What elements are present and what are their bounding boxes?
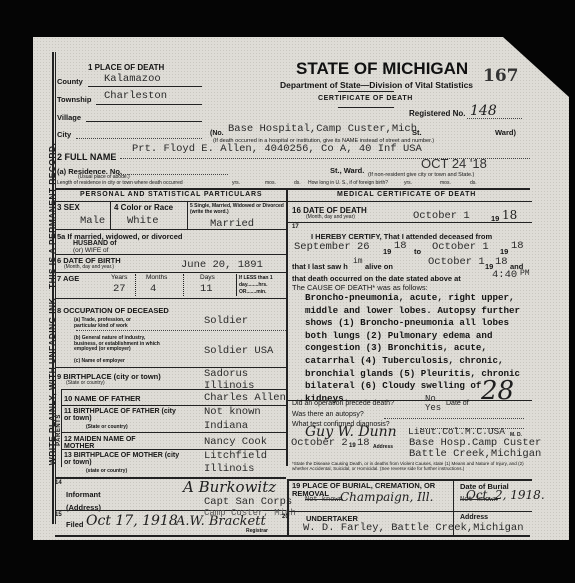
signed-year-prefix: 19 xyxy=(349,443,356,449)
mos-label: mos. xyxy=(265,180,276,186)
mother-birthplace-state: Illinois xyxy=(204,463,254,475)
divider xyxy=(338,107,394,108)
autopsy-value: Yes xyxy=(425,403,441,413)
sex-label: 3 SEX xyxy=(57,203,80,212)
field-line xyxy=(96,104,202,105)
field-line xyxy=(86,121,202,122)
bottom-border xyxy=(55,535,530,537)
to-label: to xyxy=(414,247,421,256)
mother-birthplace-sub: (state or country) xyxy=(86,468,127,474)
department-title: Department of State—Division of Vital St… xyxy=(280,80,473,90)
date-of-label: Date of xyxy=(446,400,469,407)
divider xyxy=(55,272,286,273)
field-line xyxy=(118,174,228,175)
foreign-note: How long in U. S., if of foreign birth? xyxy=(308,180,388,186)
state-title: STATE OF MICHIGAN xyxy=(296,59,468,79)
marital-label: 5 Single, Married, Widowed or Divorced (… xyxy=(190,203,284,215)
divider xyxy=(55,298,286,299)
occurred-text: that death occurred on the date stated a… xyxy=(292,274,461,283)
divider xyxy=(135,274,136,296)
mother-birthplace-label: 13 BIRTHPLACE OF MOTHER (city or town) xyxy=(64,452,184,466)
burial-place-struck: Not known xyxy=(305,496,343,504)
informant-address-1: Capt San Corps xyxy=(204,496,292,508)
mother-birthplace-city: Litchfield xyxy=(204,450,267,462)
operation-label: Did an operation precede death? xyxy=(292,400,394,407)
footnote: *State the Disease Causing Death, or in … xyxy=(292,461,527,472)
wife-label: (or) WIFE of xyxy=(73,247,108,254)
occupation-a-value: Soldier xyxy=(204,315,248,327)
street-label: St. xyxy=(412,128,422,137)
city-label: City xyxy=(57,130,71,139)
to-year-prefix: 19 xyxy=(500,247,508,256)
column-divider xyxy=(287,479,289,536)
undertaker-address-label: Address xyxy=(460,514,488,521)
father-birthplace-state: Indiana xyxy=(204,420,248,432)
days-label: Days xyxy=(200,274,215,281)
divider xyxy=(110,201,111,229)
birthplace-city: Sadorus xyxy=(204,368,248,380)
ward-label: Ward) xyxy=(495,128,516,137)
from-year-prefix: 19 xyxy=(383,247,391,256)
margin-note: WRITE PLAINLY, WITH UNFADING INK—THIS IS… xyxy=(38,96,52,516)
divider xyxy=(61,389,286,390)
age-label: 7 AGE xyxy=(57,274,79,283)
filed-label: Filed xyxy=(66,520,84,529)
field-line xyxy=(467,118,522,119)
dod-value: October 1 xyxy=(413,210,470,222)
to-year: 18 xyxy=(511,240,524,252)
from-year: 18 xyxy=(394,240,407,252)
occupation-label: 8 OCCUPATION OF DECEASED xyxy=(57,306,169,315)
burial-place: Champaign, Ill. xyxy=(340,490,433,504)
divider xyxy=(55,367,286,368)
registrar-label: Registrar xyxy=(246,528,268,534)
divider xyxy=(288,222,532,223)
county-label: County xyxy=(57,77,83,86)
dod-year: 18 xyxy=(502,208,517,222)
field-line xyxy=(88,86,202,87)
divider xyxy=(187,201,188,229)
father-birthplace-city: Not known xyxy=(204,406,261,418)
undertaker-value: W. D. Farley, Battle Creek,Michigan xyxy=(303,522,524,534)
township-label: Township xyxy=(57,95,91,104)
ds-label: ds. xyxy=(294,180,301,186)
cause-label: The CAUSE OF DEATH* was as follows: xyxy=(292,283,428,292)
death-time: 4:40 xyxy=(492,269,517,281)
medical-heading: MEDICAL CERTIFICATE OF DEATH xyxy=(337,191,476,198)
informant-signature: A Burkowitz xyxy=(183,478,276,496)
nonresident-note: (If non-resident give city or town and S… xyxy=(368,172,474,178)
st-ward-label: St., Ward. xyxy=(330,166,364,175)
burial-date: Oct. 2, 1918. xyxy=(466,488,545,502)
mother-value: Nancy Cook xyxy=(204,436,267,448)
years-label: Years xyxy=(111,274,127,281)
undertaker-num: 20 xyxy=(282,514,289,520)
dob-value: June 20, 1891 xyxy=(181,259,263,271)
divider xyxy=(55,254,286,255)
autopsy-label: Was there an autopsy? xyxy=(292,411,364,418)
divider xyxy=(236,274,237,296)
section-divider xyxy=(55,188,530,190)
certificate-title: CERTIFICATE OF DEATH xyxy=(318,95,413,102)
race-label: 4 Color or Race xyxy=(114,203,173,212)
occupation-b-label: (b) General nature of industry, business… xyxy=(74,336,160,353)
signed-year: 18 xyxy=(357,437,370,449)
physician-title: Lieut.Col.M.C.USA xyxy=(408,426,505,437)
birthplace-state: Illinois xyxy=(204,380,254,392)
husband-label: HUSBAND of xyxy=(73,240,117,247)
months-value: 4 xyxy=(150,283,156,295)
yrs-label-2: yrs. xyxy=(404,180,412,186)
years-value: 27 xyxy=(113,283,126,295)
mother-label: 12 MAIDEN NAME OF MOTHER xyxy=(64,436,154,450)
length-note: Length of residence in city or town wher… xyxy=(57,180,183,186)
divider xyxy=(183,274,184,296)
attended-from: September 26 xyxy=(294,241,370,253)
file-number: 167 xyxy=(483,66,519,86)
father-label: 10 NAME OF FATHER xyxy=(64,394,141,403)
institution-prefix: (No. xyxy=(210,130,224,137)
parents-label: PARENTS xyxy=(56,405,62,455)
divider xyxy=(288,201,532,202)
occupation-a-label: (a) Trade, profession, or particular kin… xyxy=(74,318,142,329)
registered-label: Registered No. xyxy=(409,109,465,118)
village-label: Village xyxy=(57,113,81,122)
occupation-c-label: (c) Name of employer xyxy=(74,358,125,364)
field-line xyxy=(76,138,202,139)
occupation-b-value: Soldier USA xyxy=(204,345,273,357)
last-saw-text: that I last saw h xyxy=(292,262,348,271)
last-saw-year: 18 xyxy=(495,256,508,268)
birthplace-sub: (State or country) xyxy=(66,380,105,386)
field-line xyxy=(76,330,286,331)
last-saw-date: October 1 xyxy=(428,256,485,268)
months-label: Months xyxy=(146,274,167,281)
received-stamp: OCT 24 '18 xyxy=(421,156,487,171)
informant-label: Informant xyxy=(66,490,101,499)
mos-label-2: mos. xyxy=(440,180,451,186)
duration-mark: 28 xyxy=(481,376,514,406)
left-border xyxy=(52,52,54,524)
signed-date: October 2 xyxy=(291,437,348,449)
dod-sub: (Month, day and year) xyxy=(306,214,355,220)
divider xyxy=(288,511,532,512)
physician-address-label: Address xyxy=(373,444,393,450)
father-birthplace-sub: (State or country) xyxy=(86,424,128,430)
full-name-label: 2 FULL NAME xyxy=(57,152,116,162)
race-value: White xyxy=(127,215,159,227)
filed-num: 15 xyxy=(55,512,62,518)
dob-sub: (Month, day and year.) xyxy=(64,264,114,270)
full-name-value: Prt. Floyd E. Allen, 4040256, Co A, 40 I… xyxy=(132,143,422,155)
divider xyxy=(55,201,286,202)
column-divider xyxy=(286,188,288,466)
days-value: 11 xyxy=(200,283,213,295)
father-birthplace-label: 11 BIRTHPLACE OF FATHER (city or town) xyxy=(64,408,184,422)
registered-number: 148 xyxy=(470,103,497,119)
filed-date: Oct 17, 1918 xyxy=(86,513,178,529)
death-ampm: PM xyxy=(520,269,530,278)
less-than-label: If LESS than 1 day........hrs. OR.......… xyxy=(239,275,285,296)
county-value: Kalamazoo xyxy=(104,73,161,85)
place-of-death-heading: 1 PLACE OF DEATH xyxy=(88,63,164,72)
alive-on: alive on xyxy=(365,262,393,271)
field-line xyxy=(384,418,524,419)
ds-label-2: ds. xyxy=(470,180,477,186)
physician-address-2: Battle Creek,Michigan xyxy=(409,448,541,460)
certify-num: 17 xyxy=(292,224,299,230)
personal-heading: PERSONAL AND STATISTICAL PARTICULARS xyxy=(80,191,262,198)
attended-to: October 1 xyxy=(432,241,489,253)
sex-value: Male xyxy=(80,215,105,227)
informant-num: 14 xyxy=(55,480,62,486)
divider xyxy=(55,229,286,230)
township-value: Charleston xyxy=(104,90,167,102)
last-saw-him: im xyxy=(353,257,363,266)
divider xyxy=(61,432,286,433)
institution-value: Base Hospital,Camp Custer,Mich xyxy=(228,123,417,135)
yrs-label: yrs. xyxy=(232,180,240,186)
father-value: Charles Allen xyxy=(204,392,286,404)
divider xyxy=(338,91,394,92)
